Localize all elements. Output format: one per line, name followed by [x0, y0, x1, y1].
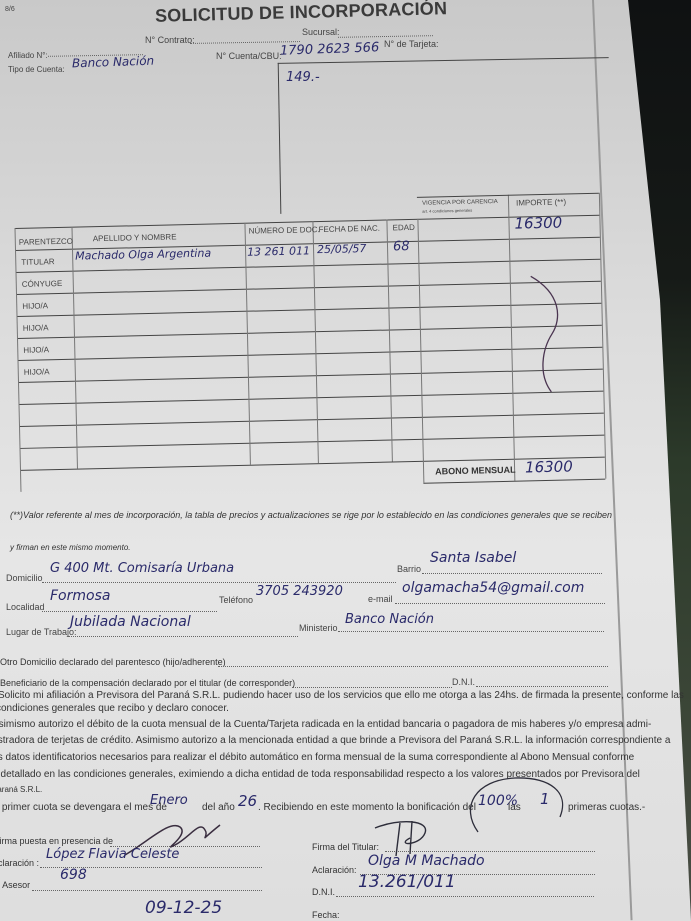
email-label: e-mail	[368, 594, 393, 604]
barrio-field[interactable]	[422, 573, 602, 574]
cuenta-cbu-label: N° Cuenta/CBU:	[216, 51, 282, 61]
aclaracion-right-value[interactable]: Olga M Machado	[368, 853, 485, 869]
dni-value[interactable]: 13.261/011	[358, 872, 456, 892]
titular-doc[interactable]: 13 261 011	[247, 244, 310, 258]
header-vigencia: VIGENCIA POR CARENCIA	[422, 199, 498, 207]
table-divider	[19, 413, 604, 427]
aclaracion-left-value[interactable]: López Flavia Celeste	[46, 847, 179, 862]
domicilio-field[interactable]	[42, 582, 396, 583]
telefono-value[interactable]: 3705 243920	[256, 584, 343, 599]
table-divider	[18, 391, 603, 405]
footnote-line1: (**)Valor referente al mes de incorporac…	[10, 510, 612, 520]
row-label: HIJO/A	[24, 367, 50, 377]
otro-domicilio-label: Otro Domicilio declarado del parentesco …	[0, 657, 226, 667]
beneficiario-dni-label: D.N.I.	[452, 677, 475, 687]
terms-p2-l2: nistradora de terjetas de crédito. Asimi…	[0, 735, 670, 746]
footnote-line2: y firman en este mismo momento.	[10, 543, 130, 552]
otro-domicilio-field[interactable]	[218, 666, 608, 667]
header-importe: IMPORTE (**)	[516, 197, 566, 207]
beneficiario-dni-field[interactable]	[476, 686, 608, 687]
row-label: HIJO/A	[23, 323, 49, 333]
card-box	[278, 57, 612, 214]
table-divider	[16, 281, 601, 295]
email-field[interactable]	[395, 603, 605, 604]
cuota-mes[interactable]: Enero	[150, 793, 188, 808]
fecha-label: Fecha:	[312, 910, 340, 920]
titular-nombre[interactable]: Machado Olga Argentina	[75, 247, 211, 263]
ministerio-label: Ministerio	[299, 623, 338, 633]
strike-line-icon	[521, 273, 574, 394]
localidad-field[interactable]	[42, 611, 217, 612]
asesor-field[interactable]	[32, 890, 262, 891]
contrato-label: N° Contrato:	[145, 35, 195, 45]
tipo-cuenta-label: Tipo de Cuenta:	[8, 65, 65, 74]
header-nombre: APELLIDO Y NOMBRE	[93, 232, 177, 243]
titular-importe[interactable]: 16300	[514, 214, 562, 233]
titular-signature-label: Firma del Titular:	[312, 842, 379, 852]
dni-label: D.N.I.	[312, 887, 335, 897]
barrio-label: Barrio	[397, 564, 421, 574]
circled-mark-icon	[460, 772, 580, 842]
localidad-label: Localidad	[6, 602, 45, 612]
beneficiario-field[interactable]	[292, 687, 452, 688]
terms-p1-l2: condiciones generales que recibo y decla…	[0, 703, 229, 714]
aclaracion-right-label: Aclaración:	[312, 865, 357, 875]
presencia-label: Firma puesta en presencia de	[0, 836, 113, 846]
localidad-value[interactable]: Formosa	[50, 588, 110, 604]
dni-field[interactable]	[336, 896, 594, 897]
terms-p2-l5: Paraná S.R.L.	[0, 785, 42, 794]
telefono-label: Teléfono	[219, 595, 253, 605]
table-divider	[17, 347, 602, 361]
terms-p1-l1: Solicito mi afiliación a Previsora del P…	[0, 690, 684, 701]
tarjeta-label: N° de Tarjeta:	[384, 39, 438, 49]
table-divider	[20, 457, 605, 471]
header-doc: NÚMERO DE DOC.	[249, 225, 320, 236]
aclaracion-left-label: Aclaración :	[0, 858, 39, 868]
asesor-label: N° Asesor	[0, 880, 30, 890]
titular-fecha-nac[interactable]: 25/05/57	[317, 242, 367, 256]
header-vigencia-sub: art. 4 condiciones generales	[422, 208, 472, 214]
abono-value[interactable]: 16300	[525, 457, 573, 476]
col-line	[312, 221, 318, 463]
cuota-pre: La primer cuota se devengara el mes de	[0, 802, 167, 813]
col-line	[244, 223, 250, 465]
email-value[interactable]: olgamacha54@gmail.com	[402, 580, 584, 596]
row-label: CÓNYUGE	[22, 279, 63, 289]
header-parentezco: PARENTEZCO	[19, 237, 73, 247]
cuota-mid: del año	[202, 802, 235, 813]
barrio-value[interactable]: Santa Isabel	[430, 550, 516, 566]
afiliado-label: Afiliado N°:	[8, 51, 48, 60]
table-divider	[19, 435, 604, 449]
row-label: TITULAR	[21, 257, 55, 267]
cuota-anio[interactable]: 26	[238, 792, 257, 810]
abono-label: ABONO MENSUAL	[435, 465, 516, 477]
row-label: HIJO/A	[22, 301, 48, 311]
table-divider	[17, 325, 602, 339]
cuota-bonif: . Recibiendo en este momento la bonifica…	[258, 802, 476, 813]
asesor-value[interactable]: 698	[60, 867, 87, 883]
ministerio-field[interactable]	[338, 631, 604, 632]
members-table: PARENTEZCO APELLIDO Y NOMBRE NÚMERO DE D…	[14, 193, 605, 494]
table-divider	[18, 369, 603, 383]
trabajo-value[interactable]: Jubilada Nacional	[70, 614, 191, 630]
page-mark: 8/6	[5, 6, 15, 13]
terms-p2-l1: Asimismo autorizo el débito de la cuota …	[0, 719, 651, 730]
sucursal-label: Sucursal:	[302, 27, 340, 37]
titular-edad[interactable]: 68	[393, 239, 410, 254]
beneficiario-label: Beneficiario de la compensación declarad…	[0, 678, 295, 688]
col-line	[71, 227, 77, 469]
header-edad: EDAD	[392, 223, 414, 233]
domicilio-value[interactable]: G 400 Mt. Comisaría Urbana	[50, 561, 234, 576]
date-value[interactable]: 09-12-25	[145, 898, 222, 918]
header-fecha-nac: FECHA DE NAC.	[319, 224, 381, 234]
tipo-cuenta-value[interactable]: Banco Nación	[72, 54, 155, 71]
table-divider	[16, 303, 601, 317]
terms-p2-l3: los datos identificatorios necesarios pa…	[0, 752, 634, 763]
col-line	[386, 220, 392, 462]
trabajo-label: Lugar de Trabajo:	[6, 627, 77, 637]
trabajo-field[interactable]	[68, 636, 298, 637]
card-box-note: 149.-	[286, 70, 320, 85]
row-label: HIJO/A	[23, 345, 49, 355]
domicilio-label: Domicilio	[6, 573, 43, 583]
titular-signature-icon	[370, 818, 450, 858]
ministerio-value[interactable]: Banco Nación	[345, 612, 434, 627]
